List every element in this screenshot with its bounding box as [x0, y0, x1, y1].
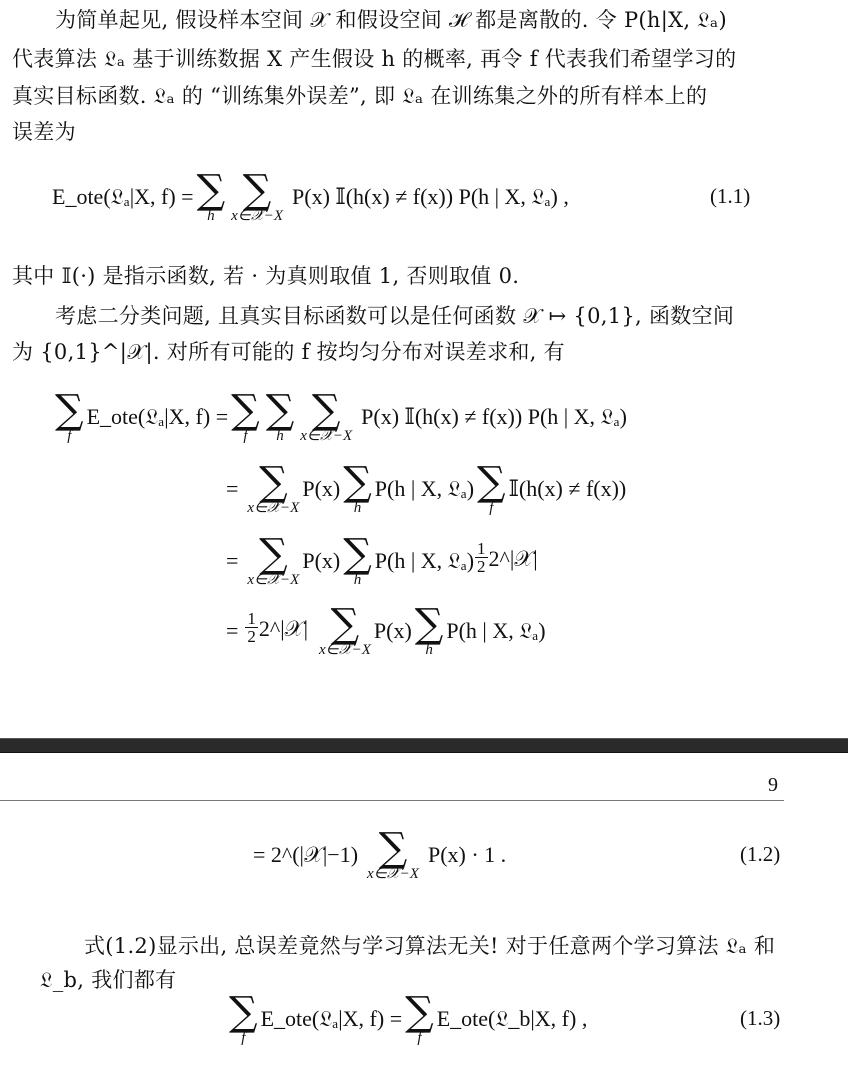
paragraph-1-line-4: 误差为 — [12, 114, 76, 150]
text: 真实目标函数. 𝔏ₐ 的 “训练集外误差”, 即 𝔏ₐ 在训练集之外的所有样本上… — [12, 84, 707, 108]
equals-sign: = — [226, 548, 238, 574]
equation-1-1: E_ote(𝔏ₐ|X, f) = ∑h ∑x∈𝒳−X P(x) 𝕀(h(x) ≠… — [52, 172, 569, 224]
fraction: 12 — [475, 540, 488, 575]
equation-1-2: = 2^(|𝒳|−1) ∑x∈𝒳−X P(x) · 1 . — [253, 830, 506, 882]
sum-subscript: f — [417, 1030, 421, 1046]
derivation-line-2: = ∑x∈𝒳−X P(x) ∑h P(h | X, 𝔏ₐ) ∑f 𝕀(h(x) … — [226, 464, 626, 516]
page-number: 9 — [768, 774, 778, 797]
equation-rhs: E_ote(𝔏_b|X, f) , — [437, 1006, 588, 1032]
paragraph-1-line-1: 为简单起见, 假设样本空间 𝒳 和假设空间 ℋ 都是离散的. 令 P(h|X, … — [55, 2, 727, 38]
text: 为简单起见, 假设样本空间 𝒳 和假设空间 ℋ 都是离散的. 令 P(h|X, … — [55, 8, 727, 32]
paragraph-3-line-1: 考虑二分类问题, 且真实目标函数可以是任何函数 𝒳 ↦ {0,1}, 函数空间 — [55, 298, 734, 334]
equation-lhs: = 2^(|𝒳|−1) — [253, 842, 358, 868]
sum-symbol: ∑f — [229, 994, 258, 1046]
sum-symbol: ∑f — [477, 464, 506, 516]
sum-symbol: ∑h — [343, 536, 372, 588]
text: 代表算法 𝔏ₐ 基于训练数据 X 产生假设 h 的概率, 再令 f 代表我们希望… — [12, 47, 736, 71]
sum-symbol: ∑x∈𝒳−X — [247, 536, 299, 588]
numerator: 1 — [475, 540, 488, 558]
sum-symbol: ∑h — [415, 606, 444, 658]
sum-subscript: f — [243, 428, 247, 444]
sum-subscript: h — [354, 500, 362, 516]
equation-lhs: E_ote(𝔏ₐ|X, f) = — [87, 404, 229, 430]
sum-subscript: h — [425, 642, 433, 658]
paragraph-4-line-1: 式(1.2)显示出, 总误差竟然与学习算法无关! 对于任意两个学习算法 𝔏ₐ 和 — [84, 928, 775, 964]
sum-symbol: ∑h — [343, 464, 372, 516]
sum-symbol: ∑x∈𝒳−X — [319, 606, 371, 658]
sum-symbol: ∑f — [55, 392, 84, 444]
sum-symbol: ∑f — [405, 994, 434, 1046]
sum-symbol: ∑x∈𝒳−X — [367, 830, 419, 882]
header-rule — [0, 800, 784, 801]
paragraph-4-line-2: 𝔏_b, 我们都有 — [40, 962, 176, 998]
sum-subscript: h — [354, 572, 362, 588]
equals-sign: = — [226, 618, 238, 644]
term: P(x) — [302, 476, 340, 502]
paragraph-1-line-2: 代表算法 𝔏ₐ 基于训练数据 X 产生假设 h 的概率, 再令 f 代表我们希望… — [12, 41, 736, 77]
term: 𝕀(h(x) ≠ f(x)) — [509, 476, 627, 502]
term: 2^|𝒳| — [489, 546, 538, 572]
derivation-line-4: = 12 2^|𝒳| ∑x∈𝒳−X P(x) ∑h P(h | X, 𝔏ₐ) — [226, 606, 546, 658]
term: P(h | X, 𝔏ₐ) — [446, 618, 545, 644]
sum-subscript: x∈𝒳−X — [247, 500, 299, 516]
denominator: 2 — [477, 558, 486, 575]
text: 误差为 — [12, 120, 76, 144]
numerator: 1 — [245, 610, 258, 628]
sum-subscript: x∈𝒳−X — [367, 866, 419, 882]
equation-lhs: E_ote(𝔏ₐ|X, f) = — [261, 1006, 403, 1032]
paragraph-3-line-2: 为 {0,1}^|𝒳|. 对所有可能的 f 按均匀分布对误差求和, 有 — [12, 334, 565, 370]
term: 2^|𝒳| — [259, 616, 308, 642]
text: 其中 𝕀(·) 是指示函数, 若 · 为真则取值 1, 否则取值 0. — [12, 264, 519, 288]
sum-symbol: ∑h — [197, 172, 226, 224]
sum-symbol: ∑x∈𝒳−X — [247, 464, 299, 516]
sum-subscript: x∈𝒳−X — [231, 208, 283, 224]
sum-subscript: h — [276, 428, 284, 444]
sum-symbol: ∑x∈𝒳−X — [300, 392, 352, 444]
derivation-line-3: = ∑x∈𝒳−X P(x) ∑h P(h | X, 𝔏ₐ) 12 2^|𝒳| — [226, 536, 538, 588]
denominator: 2 — [247, 628, 256, 645]
paragraph-1-line-3: 真实目标函数. 𝔏ₐ 的 “训练集外误差”, 即 𝔏ₐ 在训练集之外的所有样本上… — [12, 78, 707, 114]
sum-subscript: f — [67, 428, 71, 444]
equation-number: (1.2) — [740, 842, 780, 867]
sum-subscript: f — [241, 1030, 245, 1046]
page-separator — [0, 738, 848, 753]
sum-subscript: h — [207, 208, 215, 224]
equation-1-3: ∑f E_ote(𝔏ₐ|X, f) = ∑f E_ote(𝔏_b|X, f) , — [226, 994, 587, 1046]
equation-rhs: P(x) · 1 . — [428, 842, 506, 868]
sum-symbol: ∑x∈𝒳−X — [231, 172, 283, 224]
text: 为 {0,1}^|𝒳|. 对所有可能的 f 按均匀分布对误差求和, 有 — [12, 340, 565, 364]
sum-subscript: x∈𝒳−X — [319, 642, 371, 658]
term: P(x) — [302, 548, 340, 574]
equation-rhs: P(x) 𝕀(h(x) ≠ f(x)) P(h | X, 𝔏ₐ) , — [292, 184, 569, 210]
equation-number: (1.1) — [710, 184, 750, 209]
sum-subscript: x∈𝒳−X — [247, 572, 299, 588]
text: 考虑二分类问题, 且真实目标函数可以是任何函数 𝒳 ↦ {0,1}, 函数空间 — [55, 304, 734, 328]
equation-lhs: E_ote(𝔏ₐ|X, f) = — [52, 184, 194, 210]
sum-subscript: f — [489, 500, 493, 516]
term: P(h | X, 𝔏ₐ) — [375, 476, 474, 502]
sum-symbol: ∑f — [231, 392, 260, 444]
equation-number: (1.3) — [740, 1006, 780, 1031]
equals-sign: = — [226, 476, 238, 502]
equation-rhs: P(x) 𝕀(h(x) ≠ f(x)) P(h | X, 𝔏ₐ) — [361, 404, 627, 430]
term: P(h | X, 𝔏ₐ) — [375, 548, 474, 574]
text: 𝔏_b, 我们都有 — [40, 968, 176, 992]
text: 式(1.2)显示出, 总误差竟然与学习算法无关! 对于任意两个学习算法 𝔏ₐ 和 — [84, 934, 775, 958]
fraction: 12 — [245, 610, 258, 645]
derivation-line-1: ∑f E_ote(𝔏ₐ|X, f) = ∑f ∑h ∑x∈𝒳−X P(x) 𝕀(… — [52, 392, 627, 444]
sum-subscript: x∈𝒳−X — [300, 428, 352, 444]
sum-symbol: ∑h — [266, 392, 295, 444]
term: P(x) — [374, 618, 412, 644]
paragraph-2: 其中 𝕀(·) 是指示函数, 若 · 为真则取值 1, 否则取值 0. — [12, 258, 519, 294]
